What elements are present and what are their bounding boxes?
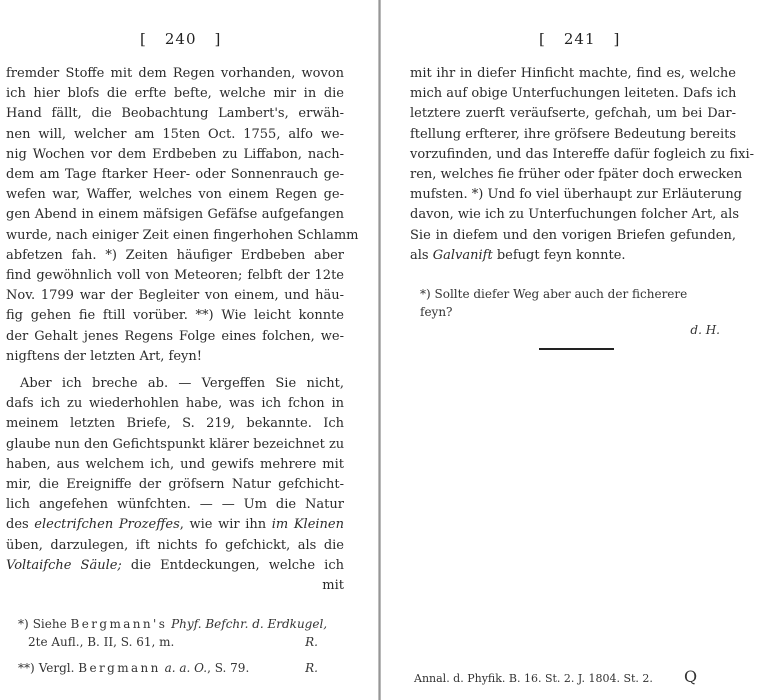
- bracket-close: ]: [215, 30, 222, 48]
- text-line: lich angefehen wünfchten. — — Um die Nat…: [6, 495, 344, 515]
- text-line: meinem letzten Briefe, S. 219, bekannte.…: [6, 414, 344, 434]
- text-line: Hand fällt, die Beobachtung Lambert's, e…: [6, 104, 344, 124]
- bracket-open: [: [539, 30, 546, 48]
- footnote-1: *)Siehe Bergmann's Phyf. Befchr. d. Erdk…: [18, 615, 348, 633]
- text-line: mufsten. *) Und fo viel überhaupt zur Er…: [410, 185, 736, 205]
- italic-phrase: electrifchen Prozeffes: [34, 517, 179, 532]
- text-line: üben, darzulegen, ift nichts fo gefchick…: [6, 536, 344, 556]
- text-line: fremder Stoffe mit dem Regen vorhanden, …: [6, 64, 344, 84]
- text-line: wefen war, Waffer, welches von einem Reg…: [6, 185, 344, 205]
- text-line: mir, die Ereigniffe der gröfsern Natur g…: [6, 475, 344, 495]
- italic-phrase: Voltaifche Säule;: [6, 558, 122, 573]
- text-line: haben, aus welchem ich, und gewifs mehre…: [6, 455, 344, 475]
- text-line: Sie in diefem und den vorigen Briefen ge…: [410, 226, 736, 246]
- footnote-2: **)Vergl. Bergmann a. a. O., S. 79.R.: [18, 659, 348, 677]
- text-line: dafs ich zu wiederhohlen habe, was ich f…: [6, 394, 344, 414]
- italic-phrase: Galvanift: [433, 248, 493, 263]
- text-line: find gewöhnlich voll von Meteoren; felbf…: [6, 266, 344, 286]
- text-line: abfetzen fah. *) Zeiten häufiger Erdbebe…: [6, 246, 344, 266]
- left-body-text: fremder Stoffe mit dem Regen vorhanden, …: [6, 64, 344, 596]
- text-line: mich auf obige Unterfuchungen leiteten. …: [410, 84, 736, 104]
- footnote-1-continuation: 2te Aufl., B. II, S. 61, m.R.: [18, 633, 348, 651]
- right-body-text: mit ihr in diefer Hinficht machte, find …: [410, 64, 736, 266]
- text-line: wurde, nach einiger Zeit einen fingerhoh…: [6, 226, 344, 246]
- right-footnote: *) Sollte diefer Weg aber auch der fiche…: [420, 285, 720, 339]
- printer-signature-mark: Q: [684, 667, 697, 686]
- text-line-italic: des electrifchen Prozeffes, wie wir ihn …: [6, 515, 344, 535]
- page-number-value: 240: [165, 30, 197, 48]
- text-line-galvanist: als Galvanift befugt feyn konnte.: [410, 246, 736, 266]
- text-line: mit ihr in diefer Hinficht machte, find …: [410, 64, 736, 84]
- left-page: [240] fremder Stoffe mit dem Regen vorha…: [0, 0, 378, 700]
- text-line: gen Abend in einem mäfsigen Gefäfse aufg…: [6, 205, 344, 225]
- page-number-right: [241]: [539, 30, 620, 48]
- text-line: nen will, welcher am 15ten Oct. 1755, al…: [6, 125, 344, 145]
- catchword: mit: [6, 576, 344, 596]
- text-line: davon, wie ich zu Unterfuchungen folcher…: [410, 205, 736, 225]
- text-line: glaube nun den Gefichtspunkt klärer beze…: [6, 435, 344, 455]
- page-number-value: 241: [564, 30, 596, 48]
- text-line: fig gehen fie ftill vorüber. **) Wie lei…: [6, 306, 344, 326]
- text-line: ren, welches fie früher oder fpäter doch…: [410, 165, 736, 185]
- book-spread: [240] fremder Stoffe mit dem Regen vorha…: [0, 0, 765, 700]
- text-line: der Gehalt jenes Regens Folge eines folc…: [6, 327, 344, 347]
- text-line: nigftens der letzten Art, feyn!: [6, 347, 344, 367]
- text-line: vorzufinden, und das Intereffe dafür fog…: [410, 145, 736, 165]
- text-line: letztere zuerft veräufserte, gefchah, um…: [410, 104, 736, 124]
- right-page: [241] mit ihr in diefer Hinficht machte,…: [384, 0, 765, 700]
- text-line: ftellung erfterer, ihre gröfsere Bedeutu…: [410, 125, 736, 145]
- section-divider-rule: [539, 348, 614, 350]
- italic-phrase: im Kleinen: [272, 517, 344, 532]
- text-line: nig Wochen vor dem Erdbeben zu Liffabon,…: [6, 145, 344, 165]
- page-number-left: [240]: [140, 30, 221, 48]
- text-line: dem am Tage ftarker Heer- oder Sonnenrau…: [6, 165, 344, 185]
- left-footnotes: *)Siehe Bergmann's Phyf. Befchr. d. Erdk…: [18, 615, 348, 677]
- printer-signature-line: Annal. d. Phyfik. B. 16. St. 2. J. 1804.…: [414, 672, 653, 685]
- bracket-close: ]: [614, 30, 621, 48]
- book-gutter: [378, 0, 381, 700]
- paragraph-start-line: Aber ich breche ab. — Vergeffen Sie nich…: [6, 374, 344, 394]
- bracket-open: [: [140, 30, 147, 48]
- text-line-volta: Voltaifche Säule; die Entdeckungen, welc…: [6, 556, 344, 576]
- text-line: Nov. 1799 war der Begleiter von einem, u…: [6, 286, 344, 306]
- text-line: ich hier blofs die erfte befte, welche m…: [6, 84, 344, 104]
